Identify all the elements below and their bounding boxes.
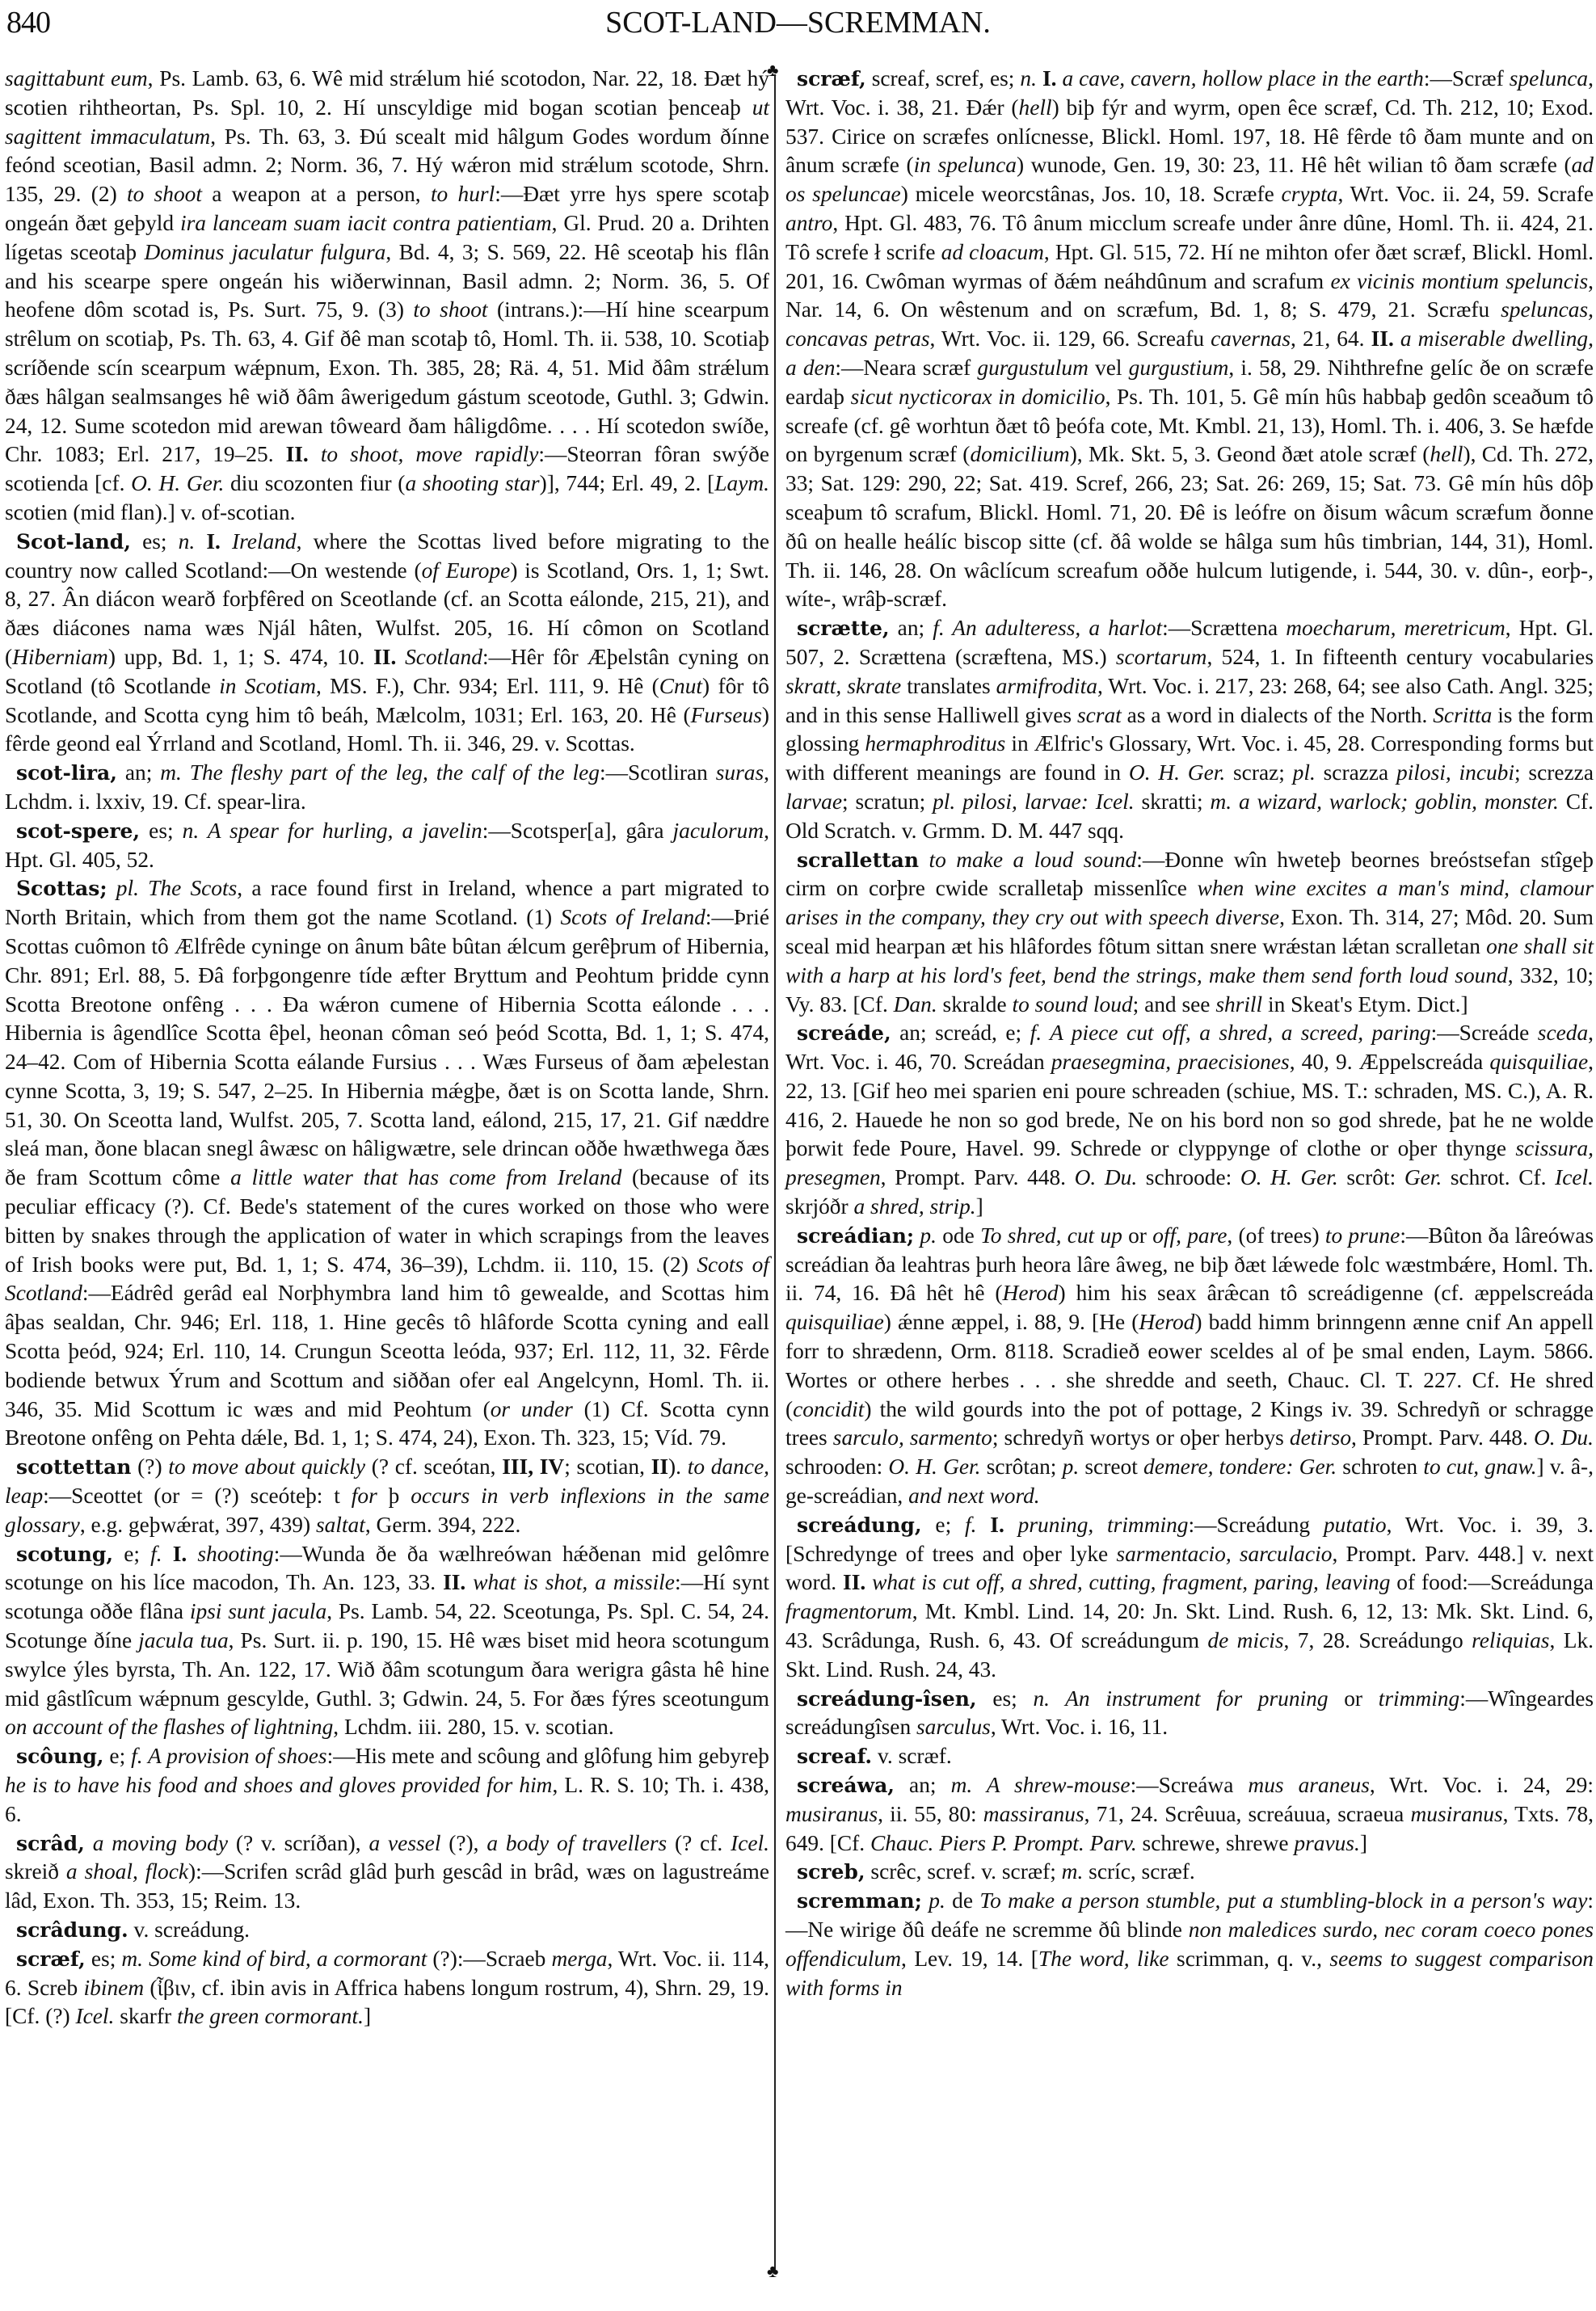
italic-gloss: Ger. — [1404, 1165, 1442, 1189]
entry-text: :—His mete and scôung and glôfung him ge… — [327, 1744, 769, 1768]
italic-gloss: sarculus — [916, 1715, 991, 1739]
entry-text: es; — [977, 1686, 1034, 1711]
entry-text: ; schredyñ wortys or oþer herbys — [992, 1425, 1290, 1450]
italic-gloss: a cave, cavern, hollow place in the eart… — [1062, 66, 1423, 91]
entry-text: , Lchdm. iii. 280, 15. v. scotian. — [333, 1715, 613, 1739]
italic-gloss: jaculorum — [673, 819, 764, 843]
italic-gloss: O. H. Ger. — [1129, 760, 1225, 785]
entry-text: screot — [1079, 1454, 1143, 1479]
sense-numeral: II. — [443, 1570, 465, 1594]
sense-numeral: I. — [1042, 66, 1057, 91]
sense-numeral: II — [651, 1454, 668, 1479]
entry-text — [976, 1513, 990, 1537]
entry-text: , Lev. 19, 14. [ — [901, 1947, 1038, 1971]
sense-numeral: II. — [373, 645, 396, 669]
entry-text: :—Scotliran — [600, 760, 716, 785]
headword: screáde, — [797, 1021, 891, 1045]
dictionary-entry: scræf, screaf, scref, es; n. I. a cave, … — [785, 65, 1594, 614]
entry-text: , Wrt. Voc. i. 16, 11. — [991, 1715, 1168, 1739]
headword: screádian; — [797, 1224, 914, 1248]
italic-gloss: saltat — [316, 1513, 365, 1537]
entry-text: ; and see — [1133, 992, 1216, 1017]
entry-text: (? cf. sceótan, — [365, 1454, 502, 1479]
italic-gloss: suras — [716, 760, 764, 785]
dictionary-entry: scremman; p. de To make a person stumble… — [785, 1887, 1594, 2002]
italic-gloss: ex vicinis montium speluncis — [1330, 269, 1588, 293]
dictionary-entry: screádian; p. ode To shred, cut up or of… — [785, 1222, 1594, 1511]
italic-gloss: m. — [1062, 1859, 1084, 1884]
headword: scræf, — [16, 1947, 86, 1971]
italic-gloss: pl. pilosi, larvae: Icel. — [933, 789, 1135, 814]
italic-gloss: Cnut — [659, 674, 702, 698]
entry-text: scrimman, q. v., — [1169, 1947, 1330, 1971]
italic-gloss: Hiberniam — [12, 645, 108, 669]
entry-text: ; screzza — [1514, 760, 1594, 785]
italic-gloss: sarculo, sarmento — [833, 1425, 992, 1450]
italic-gloss: pl. — [1293, 760, 1316, 785]
sense-numeral: II. — [1371, 326, 1394, 351]
italic-gloss: The word, like — [1038, 1947, 1169, 1971]
italic-gloss: for — [352, 1484, 377, 1508]
entry-text: de — [945, 1888, 980, 1913]
entry-text: ; scratun; — [842, 789, 933, 814]
italic-gloss: p. — [929, 1888, 945, 1913]
dictionary-entry: Scottas; pl. The Scots, a race found fir… — [5, 874, 769, 1453]
entry-text: ] — [364, 2004, 371, 2028]
dictionary-entry: scotung, e; f. I. shooting:—Wunda ðe ða … — [5, 1540, 769, 1743]
headword: scôung, — [16, 1745, 104, 1768]
headword: scrâd, — [16, 1832, 85, 1855]
entry-text: , Wrt. Voc. ii. 24, 59. Scrafe — [1338, 182, 1594, 206]
entry-text — [1037, 66, 1042, 91]
italic-gloss: praesegmina, praecisiones — [1051, 1050, 1290, 1074]
entry-text: an; screád, e; — [891, 1021, 1030, 1045]
entry-text: es; — [140, 819, 183, 843]
entry-text: :—Screáwa — [1131, 1773, 1249, 1797]
entry-text — [922, 1888, 929, 1913]
sense-numeral: I. — [206, 529, 221, 554]
italic-gloss: Dan. — [894, 992, 937, 1017]
headword: scremman; — [797, 1889, 922, 1913]
entry-text: :—Screádung — [1189, 1513, 1324, 1537]
entry-text: , 21, 64. — [1291, 326, 1371, 351]
italic-gloss: to prune — [1325, 1223, 1400, 1248]
italic-gloss: f. An adulteress, a harlot — [933, 616, 1162, 640]
headword: scottettan — [16, 1455, 131, 1479]
italic-gloss: O. H. Ger. — [1240, 1165, 1338, 1189]
italic-gloss: gurgustium — [1129, 356, 1229, 380]
italic-gloss: off, pare — [1152, 1223, 1227, 1248]
italic-gloss: de micis — [1207, 1628, 1283, 1652]
dictionary-entry: scot-spere, es; n. A spear for hurling, … — [5, 817, 769, 875]
sense-numeral: I. — [990, 1513, 1004, 1537]
italic-gloss: to shoot, move rapidly — [321, 442, 539, 466]
dictionary-entry: scot-lira, an; m. The fleshy part of the… — [5, 759, 769, 817]
italic-gloss: to make a loud sound — [929, 848, 1137, 872]
italic-gloss: ipsi sunt jacula — [190, 1599, 326, 1623]
italic-gloss: a moving body — [93, 1831, 228, 1855]
entry-text: skrjóðr — [785, 1194, 853, 1219]
headword: Scottas; — [16, 877, 107, 900]
entry-text: an; — [895, 1773, 951, 1797]
italic-gloss: to sound loud — [1012, 992, 1132, 1017]
entry-text: , e.g. geþwǽrat, 397, 439) — [80, 1513, 316, 1537]
entry-text: screaf, scref, es; — [866, 66, 1021, 91]
page-header: 840 SCOT-LAND—SCREMMAN. — [0, 0, 1596, 48]
entry-text: e; — [922, 1513, 965, 1537]
headword: Scot-land, — [16, 530, 131, 554]
headword: scrallettan — [797, 848, 919, 872]
italic-gloss: Laym. — [714, 471, 769, 495]
entry-text: scrôtan; — [981, 1454, 1063, 1479]
entry-text — [865, 1570, 872, 1594]
headword: scræf, — [797, 67, 866, 91]
italic-gloss: or under — [491, 1397, 573, 1421]
sense-numeral: I. — [173, 1542, 187, 1566]
italic-gloss: a vessel — [368, 1831, 440, 1855]
italic-gloss: in spelunca — [914, 153, 1017, 177]
entry-text: ] — [1360, 1831, 1367, 1855]
italic-gloss: spelunca — [1510, 66, 1588, 91]
entry-text: ) ǽnne æppel, i. 88, 9. [He ( — [884, 1310, 1139, 1334]
dictionary-entry: scrâdung. v. screádung. — [5, 1916, 769, 1945]
entry-text: þ — [377, 1484, 411, 1508]
italic-gloss: a body of travellers — [486, 1831, 667, 1855]
italic-gloss: n. An instrument for pruning — [1033, 1686, 1328, 1711]
italic-gloss: fragmentorum — [785, 1599, 912, 1623]
entry-text: ) wunode, Gen. 19, 30: 23, 11. Hê hêt wi… — [1017, 153, 1572, 177]
italic-gloss: cavernas — [1211, 326, 1291, 351]
entry-text: :—Scræf — [1424, 66, 1510, 91]
entry-text: of food:—Screádunga — [1390, 1570, 1594, 1594]
italic-gloss: n. A spear for hurling, a javelin — [183, 819, 482, 843]
entry-text: schrot. Cf. — [1442, 1165, 1555, 1189]
italic-gloss: domicilium — [970, 442, 1069, 466]
entry-text: skratti; — [1135, 789, 1211, 814]
italic-gloss: a shooting star — [405, 471, 539, 495]
entry-text: , MS. F.), Chr. 934; Erl. 111, 9. Hê ( — [316, 674, 659, 698]
entry-text — [187, 1542, 197, 1566]
entry-text: an; — [117, 760, 160, 785]
italic-gloss: sceda — [1538, 1021, 1588, 1045]
dictionary-entry: scrallettan to make a loud sound:—Ðonne … — [785, 846, 1594, 1020]
italic-gloss: demere, tondere: Ger. — [1143, 1454, 1337, 1479]
entry-continuation: sagittabunt eum, Ps. Lamb. 63, 6. Wê mid… — [5, 65, 769, 528]
italic-gloss: hermaphroditus — [865, 731, 1005, 756]
entry-text: , Germ. 394, 222. — [365, 1513, 520, 1537]
headword: scrâdung. — [16, 1918, 128, 1942]
italic-gloss: musiranus — [785, 1802, 878, 1826]
italic-gloss: to hurl — [431, 182, 495, 206]
entry-text: scrêc, scref. v. scræf; — [865, 1859, 1062, 1884]
italic-gloss: f. A provision of shoes — [131, 1744, 326, 1768]
headword: screádung-îsen, — [797, 1687, 977, 1711]
italic-gloss: p. — [920, 1223, 937, 1248]
entry-text — [465, 1570, 473, 1594]
dictionary-entry: screáde, an; screád, e; f. A piece cut o… — [785, 1019, 1594, 1222]
italic-gloss: hell — [1019, 95, 1052, 120]
column-ornament-bottom-icon: ♣ — [767, 2263, 778, 2280]
italic-gloss: quisquiliae — [1489, 1050, 1588, 1074]
entry-text: es; — [86, 1947, 122, 1971]
italic-gloss: merga — [551, 1947, 607, 1971]
italic-gloss: larvae — [785, 789, 842, 814]
entry-text — [221, 529, 232, 554]
italic-gloss: Icel. — [731, 1831, 769, 1855]
entry-text: (? cf. — [667, 1831, 731, 1855]
italic-gloss: to move about quickly — [168, 1454, 365, 1479]
italic-gloss: Furseus — [691, 703, 762, 727]
entry-text — [85, 1831, 93, 1855]
italic-gloss: shrill — [1215, 992, 1262, 1017]
italic-gloss: detirso — [1290, 1425, 1351, 1450]
italic-gloss: of Europe — [422, 558, 511, 583]
entry-text: schroten — [1337, 1454, 1423, 1479]
italic-gloss: to cut, gnaw. — [1423, 1454, 1536, 1479]
italic-gloss: pl. The Scots — [116, 876, 237, 900]
entry-text: v. screádung. — [128, 1917, 250, 1942]
column-divider — [774, 74, 776, 2272]
italic-gloss: quisquiliae — [785, 1310, 884, 1334]
entry-text: a weapon at a person, — [202, 182, 431, 206]
italic-gloss: pruning, trimming — [1018, 1513, 1189, 1537]
entry-text: ) micele weorcstânas, Jos. 10, 18. Scræf… — [901, 182, 1282, 206]
entry-text: , (of trees) — [1227, 1223, 1324, 1248]
entry-text: :—Þrié Scottas cuômon tô Ælfrêde cyninge… — [5, 905, 769, 1189]
entry-text: (?), — [440, 1831, 486, 1855]
italic-gloss: ad cloacum — [941, 240, 1044, 264]
italic-gloss: Dominus jaculatur fulgura — [145, 240, 386, 264]
italic-gloss: O. H. Ger. — [131, 471, 224, 495]
entry-text — [107, 876, 116, 900]
italic-gloss: pravus. — [1294, 1831, 1359, 1855]
entry-text: , 40, 9. Æppelscreáda — [1290, 1050, 1490, 1074]
italic-gloss: f. A piece cut off, a shred, a screed, p… — [1030, 1021, 1431, 1045]
entry-text: schrewe, shrewe — [1137, 1831, 1295, 1855]
entry-text: :—Screáde — [1431, 1021, 1538, 1045]
entry-text: , Prompt. Parv. 448. — [1351, 1425, 1534, 1450]
italic-gloss: pilosi, incubi — [1396, 760, 1514, 785]
italic-gloss: mus araneus — [1248, 1773, 1369, 1797]
entry-text: an; — [890, 616, 933, 640]
entry-text: , Prompt. Parv. 448. — [881, 1165, 1075, 1189]
italic-gloss: O. Du. — [1075, 1165, 1138, 1189]
entry-text: ). — [668, 1454, 688, 1479]
headword: scrætte, — [797, 617, 890, 640]
italic-gloss: musiranus — [1410, 1802, 1502, 1826]
sense-numeral: III, IV — [502, 1454, 564, 1479]
italic-gloss: to shoot — [413, 297, 487, 322]
running-head: SCOT-LAND—SCREMMAN. — [0, 5, 1596, 40]
italic-gloss: reliquias — [1472, 1628, 1549, 1652]
italic-gloss: Scritta — [1433, 703, 1492, 727]
headword: screádung, — [797, 1513, 922, 1537]
entry-text: scrôt: — [1338, 1165, 1404, 1189]
italic-gloss: gurgustulum — [977, 356, 1088, 380]
entry-text: (?):—Scraeb — [427, 1947, 551, 1971]
italic-gloss: m. a wizard, warlock; goblin, monster. — [1210, 789, 1558, 814]
entry-text: :—Neara scræf — [835, 356, 977, 380]
entry-text — [162, 1542, 173, 1566]
entry-text — [919, 848, 929, 872]
entry-text — [1394, 326, 1400, 351]
entry-text: :—Sceottet (or = (?) sceóteþ: t — [43, 1484, 352, 1508]
entry-text: ode — [937, 1223, 980, 1248]
entry-text: ), Cd. Th. 272, 33; Sat. 129: 290, 22; S… — [785, 442, 1594, 611]
dictionary-entry: scrâd, a moving body (? v. scríðan), a v… — [5, 1829, 769, 1916]
dictionary-entry: screádung, e; f. I. pruning, trimming:—S… — [785, 1511, 1594, 1685]
italic-gloss: concidit — [793, 1397, 864, 1421]
italic-gloss: jacula tua — [138, 1628, 229, 1652]
entry-text: ] — [976, 1194, 983, 1219]
entry-text: schroode: — [1137, 1165, 1240, 1189]
dictionary-entry: scôung, e; f. A provision of shoes:—His … — [5, 1742, 769, 1829]
dictionary-entry: scræf, es; m. Some kind of bird, a cormo… — [5, 1945, 769, 2031]
sense-numeral: II. — [843, 1570, 865, 1594]
headword: screb, — [797, 1860, 865, 1884]
headword: screáwa, — [797, 1774, 895, 1797]
italic-gloss: Scotland — [405, 645, 482, 669]
entry-text: , Wrt. Voc. ii. 129, 66. Screafu — [929, 326, 1211, 351]
entry-text: or — [1122, 1223, 1152, 1248]
italic-gloss: p. — [1063, 1454, 1080, 1479]
entry-text: e; — [113, 1542, 150, 1566]
entry-text: v. scræf. — [872, 1744, 952, 1768]
sense-numeral: II. — [286, 442, 309, 466]
italic-gloss: antro — [785, 211, 832, 235]
italic-gloss: scrat — [1077, 703, 1122, 727]
italic-gloss: Chauc. Piers P. Prompt. Parv. — [870, 1831, 1137, 1855]
entry-text: )], 744; Erl. 49, 2. [ — [540, 471, 715, 495]
entry-text: ; scotian, — [564, 1454, 651, 1479]
entry-text: :—Scotsper[a], gâra — [482, 819, 673, 843]
italic-gloss: To shred, cut up — [980, 1223, 1122, 1248]
italic-gloss: he is to have his food and shoes and glo… — [5, 1773, 552, 1797]
italic-gloss: the green cormorant. — [177, 2004, 364, 2028]
italic-gloss: O. H. Ger. — [888, 1454, 980, 1479]
entry-text: scrazza — [1316, 760, 1396, 785]
italic-gloss: hell — [1430, 442, 1463, 466]
italic-gloss: ira lanceam suam iacit contra patientiam — [180, 211, 552, 235]
entry-text: (? v. scríðan), — [228, 1831, 369, 1855]
italic-gloss: Herod — [1003, 1281, 1059, 1305]
italic-gloss: and next word. — [908, 1484, 1040, 1508]
entry-text: (intrans.):—Hí hine scearpum strêlum on … — [5, 297, 769, 466]
dictionary-entry: scrætte, an; f. An adulteress, a harlot:… — [785, 614, 1594, 845]
dictionary-entry: Scot-land, es; n. I. Ireland, where the … — [5, 528, 769, 759]
italic-gloss: a shoal, flock — [66, 1859, 188, 1884]
italic-gloss: m. A shrew-mouse — [951, 1773, 1131, 1797]
italic-gloss: a little water that has come from Irelan… — [230, 1165, 621, 1189]
italic-gloss: n. — [1020, 66, 1037, 91]
italic-gloss: Ireland — [232, 529, 297, 554]
headword: scotung, — [16, 1543, 113, 1566]
right-column: scræf, screaf, scref, es; n. I. a cave, … — [785, 65, 1594, 2002]
italic-gloss: on account of the flashes of lightning — [5, 1715, 333, 1739]
italic-gloss: O. Du. — [1534, 1425, 1594, 1450]
italic-gloss: m. The fleshy part of the leg, the calf … — [160, 760, 600, 785]
italic-gloss: crypta — [1282, 182, 1338, 206]
entry-text: diu scozonten fiur ( — [224, 471, 405, 495]
italic-gloss: massiranus — [983, 1802, 1084, 1826]
italic-gloss: Icel. — [1555, 1165, 1594, 1189]
entry-text: :—Scrættena — [1162, 616, 1286, 640]
entry-text: or — [1329, 1686, 1379, 1711]
entry-text: , ii. 55, 80: — [878, 1802, 983, 1826]
italic-gloss: Herod — [1139, 1310, 1194, 1334]
entry-text: schrooden: — [785, 1454, 888, 1479]
entry-text: (?) — [131, 1454, 168, 1479]
italic-gloss: a shred, strip. — [853, 1194, 975, 1219]
italic-gloss: f. — [965, 1513, 976, 1537]
entry-text: ) him his seax âræ̂can tô screádigenne (… — [1059, 1281, 1594, 1305]
italic-gloss: in Scotiam — [219, 674, 316, 698]
entry-text: e; — [104, 1744, 132, 1768]
dictionary-entry: screáwa, an; m. A shrew-mouse:—Screáwa m… — [785, 1771, 1594, 1858]
headword: scot-spere, — [16, 819, 140, 843]
italic-gloss: trimming — [1379, 1686, 1459, 1711]
entry-text: scraz; — [1225, 760, 1292, 785]
left-column: sagittabunt eum, Ps. Lamb. 63, 6. Wê mid… — [5, 65, 769, 2031]
italic-gloss: m. Some kind of bird, a cormorant — [121, 1947, 427, 1971]
entry-text — [1004, 1513, 1018, 1537]
dictionary-entry: scottettan (?) to move about quickly (? … — [5, 1453, 769, 1539]
italic-gloss: moecharum, meretricum — [1286, 616, 1505, 640]
italic-gloss: what is shot, a missile — [473, 1570, 675, 1594]
italic-gloss: what is cut off, a shred, cutting, fragm… — [872, 1570, 1390, 1594]
entry-text: translates — [901, 674, 996, 698]
dictionary-entry: screaf. v. scræf. — [785, 1742, 1594, 1771]
italic-gloss: armifrodita — [996, 674, 1097, 698]
headword: scot-lira, — [16, 761, 117, 785]
italic-gloss: scortarum — [1116, 645, 1207, 669]
entry-text: es; — [131, 529, 179, 554]
italic-gloss: n. — [179, 529, 196, 554]
italic-gloss: skratt, skrate — [785, 674, 901, 698]
entry-text: as a word in dialects of the North. — [1122, 703, 1433, 727]
italic-gloss: to shoot — [127, 182, 202, 206]
entry-text — [195, 529, 206, 554]
entry-text: skreið — [5, 1859, 66, 1884]
italic-gloss: Icel. — [75, 2004, 114, 2028]
entry-text: , 524, 1. In fifteenth century vocabular… — [1206, 645, 1594, 669]
dictionary-entry: screádung-îsen, es; n. An instrument for… — [785, 1685, 1594, 1743]
italic-gloss: putatio — [1324, 1513, 1387, 1537]
entry-text: , 7, 28. Screádungo — [1284, 1628, 1472, 1652]
italic-gloss: sagittabunt eum — [5, 66, 148, 91]
italic-gloss: f. — [150, 1542, 162, 1566]
italic-gloss: sarmentacio, sarculacio — [1116, 1542, 1332, 1566]
entry-text — [309, 442, 321, 466]
entry-text: ) upp, Bd. 1, 1; S. 474, 10. — [108, 645, 373, 669]
entry-text: scríc, scræf. — [1083, 1859, 1194, 1884]
headword: screaf. — [797, 1745, 872, 1768]
entry-text: vel — [1089, 356, 1129, 380]
entry-text: skralde — [937, 992, 1013, 1017]
entry-text: , 71, 24. Scrêuua, screáuua, scraeua — [1084, 1802, 1411, 1826]
entry-text: scotien (mid flan).] v. of-scotian. — [5, 500, 296, 524]
dictionary-entry: screb, scrêc, scref. v. scræf; m. scríc,… — [785, 1858, 1594, 1887]
entry-text: ), Mk. Skt. 5, 3. Geond ðæt atole scræf … — [1070, 442, 1430, 466]
entry-text: skarfr — [114, 2004, 177, 2028]
entry-text — [396, 645, 405, 669]
italic-gloss: To make a person stumble, put a stumblin… — [979, 1888, 1587, 1913]
italic-gloss: sicut nycticorax in domicilio — [851, 385, 1105, 409]
entry-text: , Wrt. Voc. i. 24, 29: — [1370, 1773, 1594, 1797]
italic-gloss: Scots of Ireland — [560, 905, 705, 929]
italic-gloss: shooting — [197, 1542, 273, 1566]
entry-text: in Skeat's Etym. Dict.] — [1262, 992, 1468, 1017]
